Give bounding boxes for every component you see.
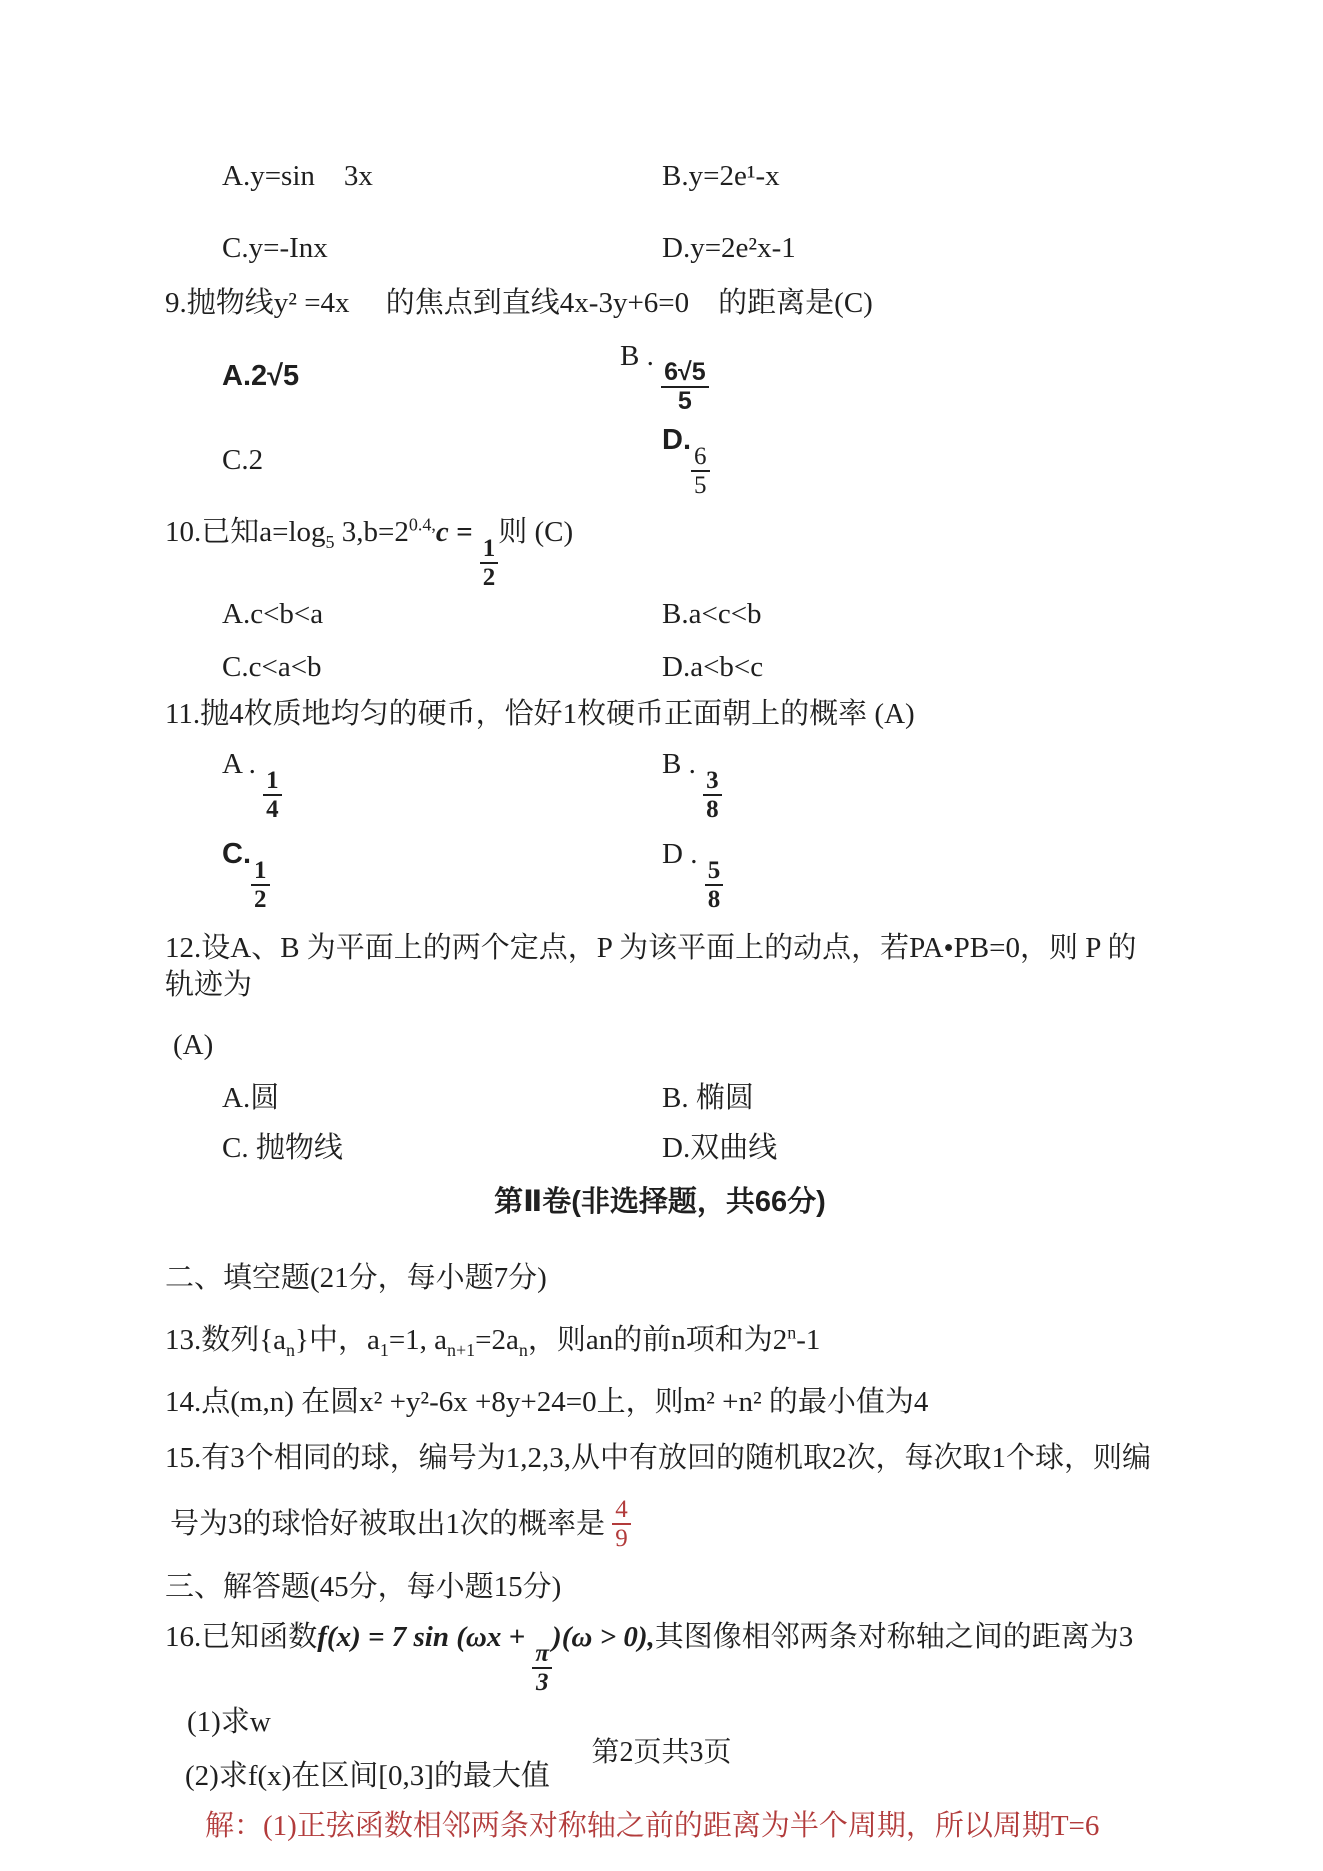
- question-9-options-row2: C.2 D. 6 5: [165, 422, 1155, 499]
- question-12-options-row2: C. 抛物线 D.双曲线: [165, 1130, 1155, 1167]
- option-9-d: D. 6 5: [662, 422, 1155, 499]
- option-10-a: A.c<b<a: [222, 596, 662, 633]
- question-9-stem: 9.抛物线y² =4x 的焦点到直线4x-3y+6=0 的距离是(C): [165, 285, 1155, 322]
- option-9-d-label: D.: [662, 424, 691, 456]
- math-c-equals: c =: [436, 516, 473, 548]
- question8-options-row2: C.y=-Inx D.y=2e²x-1: [165, 230, 1155, 267]
- option-9-c: C.2: [222, 442, 662, 479]
- a-n-subscript: n: [286, 1340, 295, 1360]
- option-11-d-label: D .: [662, 838, 697, 870]
- fraction-3-over-8: 3 8: [703, 767, 722, 823]
- question-15-line2: 号为3的球恰好被取出1次的概率是 4 9: [165, 1494, 1155, 1554]
- question-13: 13.数列{an}中，a1=1, an+1=2an，则an的前n项和为2n-1: [165, 1322, 1155, 1359]
- option-11-a-label: A .: [222, 748, 256, 780]
- question-15-line1: 15.有3个相同的球，编号为1,2,3,从中有放回的随机取2次，每次取1个球，则…: [165, 1440, 1155, 1477]
- option-11-c-label: C.: [222, 838, 251, 870]
- option-12-a: A.圆: [222, 1080, 662, 1117]
- option-8-b: B.y=2e¹-x: [662, 158, 1155, 195]
- option-12-d: D.双曲线: [662, 1130, 1155, 1167]
- a-n-subscript2: n: [519, 1340, 528, 1360]
- fraction-1-over-2-q11: 1 2: [251, 857, 270, 913]
- page-number-footer: 第2页共3页: [0, 1734, 1323, 1771]
- option-11-c: C. 1 2: [222, 836, 662, 913]
- fraction-pi-over-3: π 3: [532, 1640, 552, 1696]
- question-10-options-row2: C.c<a<b D.a<b<c: [165, 649, 1155, 686]
- question-9-options-row1: A.2√5 B . 6√5 5: [165, 338, 1155, 415]
- option-11-b-label: B .: [662, 748, 696, 780]
- option-11-d: D . 5 8: [662, 836, 1155, 913]
- option-11-b: B . 3 8: [662, 746, 1155, 823]
- question-11-options-row1: A . 1 4 B . 3 8: [165, 746, 1155, 823]
- fraction-1-over-4: 1 4: [263, 767, 282, 823]
- question-12-answer: (A): [165, 1027, 1155, 1064]
- question8-options-row1: A.y=sin 3x B.y=2e¹-x: [165, 158, 1155, 195]
- option-8-d: D.y=2e²x-1: [662, 230, 1155, 267]
- option-9-a: A.2√5: [222, 358, 662, 395]
- option-11-a: A . 1 4: [222, 746, 662, 823]
- q16-math-part2: )(ω > 0),: [552, 1621, 655, 1653]
- option-12-b: B. 椭圆: [662, 1080, 1155, 1117]
- question-16-solution: 解：(1)正弦函数相邻两条对称轴之前的距离为半个周期，所以周期T=6: [165, 1808, 1155, 1845]
- section3-title: 三、解答题(45分，每小题15分): [165, 1569, 1155, 1606]
- a-1-subscript: 1: [380, 1340, 389, 1360]
- question-11-options-row2: C. 1 2 D . 5 8: [165, 836, 1155, 913]
- fraction-6root5-over-5: 6√5 5: [661, 359, 709, 415]
- section2-title: 第Ⅱ卷(非选择题，共66分): [165, 1184, 1155, 1221]
- question-10-options-row1: A.c<b<a B.a<c<b: [165, 596, 1155, 633]
- fraction-5-over-8: 5 8: [705, 857, 724, 913]
- exponent-superscript: 0.4,: [409, 514, 436, 534]
- option-10-b: B.a<c<b: [662, 596, 1155, 633]
- q16-stem-text: 16.已知函数f(x) = 7 sin (ωx + π 3 )(ω > 0),其…: [165, 1619, 1133, 1696]
- option-9-b: B . 6√5 5: [620, 338, 1155, 415]
- question-11-stem: 11.抛4枚质地均匀的硬币，恰好1枚硬币正面朝上的概率 (A): [165, 696, 1155, 733]
- q10-stem-text: 10.已知a=log5 3,b=20.4,c = 1 2 则 (C): [165, 514, 573, 591]
- question-10-stem: 10.已知a=log5 3,b=20.4,c = 1 2 则 (C): [165, 514, 1155, 591]
- question-16-stem: 16.已知函数f(x) = 7 sin (ωx + π 3 )(ω > 0),其…: [165, 1619, 1155, 1696]
- question-12-stem: 12.设A、B 为平面上的两个定点，P 为该平面上的动点，若PA•PB=0，则 …: [165, 930, 1155, 1004]
- section2-subtitle: 二、填空题(21分，每小题7分): [165, 1260, 1155, 1297]
- fraction-4-over-9: 4 9: [612, 1496, 631, 1552]
- question-12-options-row1: A.圆 B. 椭圆: [165, 1080, 1155, 1117]
- option-10-d: D.a<b<c: [662, 649, 1155, 686]
- q16-math-part1: f(x) = 7 sin (ωx +: [317, 1621, 525, 1653]
- power-n-superscript: n: [787, 1322, 796, 1342]
- fraction-6-over-5: 6 5: [691, 443, 710, 499]
- exam-paper-page: A.y=sin 3x B.y=2e¹-x C.y=-Inx D.y=2e²x-1…: [0, 0, 1323, 1871]
- option-8-c: C.y=-Inx: [222, 230, 662, 267]
- option-10-c: C.c<a<b: [222, 649, 662, 686]
- fraction-1-over-2: 1 2: [480, 535, 499, 591]
- option-8-a: A.y=sin 3x: [222, 158, 662, 195]
- option-9-b-label: B .: [620, 340, 654, 372]
- log-base-subscript: 5: [326, 532, 335, 552]
- option-12-c: C. 抛物线: [222, 1130, 662, 1167]
- question-14: 14.点(m,n) 在圆x² +y²-6x +8y+24=0上，则m² +n² …: [165, 1384, 1155, 1421]
- a-n1-subscript: n+1: [447, 1340, 475, 1360]
